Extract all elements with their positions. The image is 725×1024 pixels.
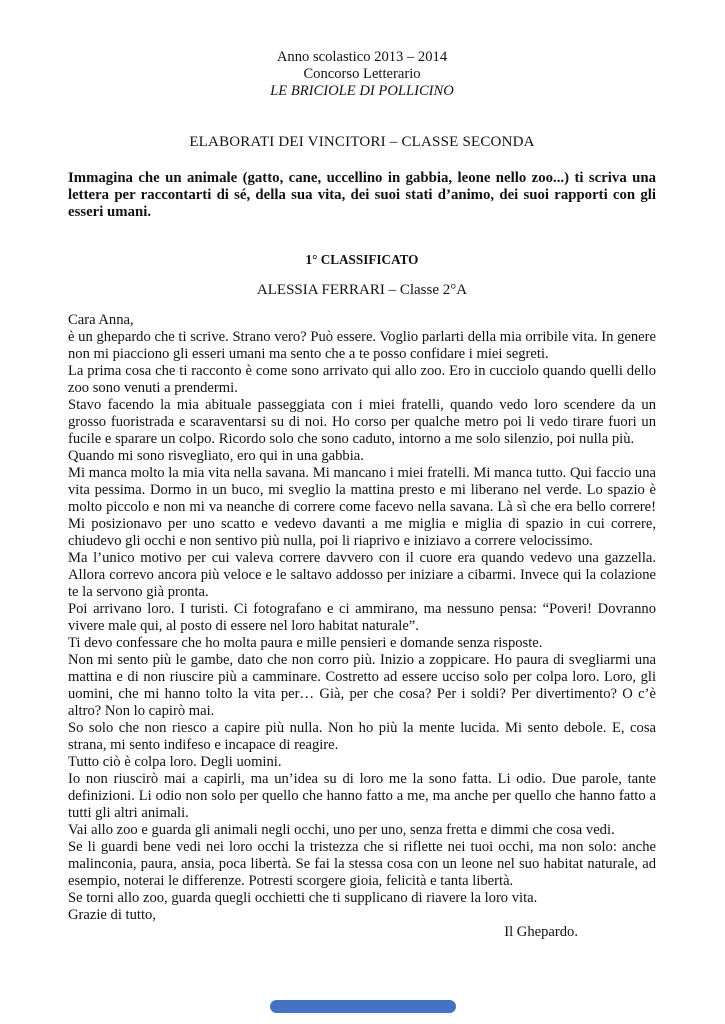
contest-title: LE BRICIOLE DI POLLICINO bbox=[68, 83, 656, 100]
document-content: Anno scolastico 2013 – 2014 Concorso Let… bbox=[68, 49, 656, 941]
letter-closing: Grazie di tutto, bbox=[68, 907, 656, 924]
doc-header: Anno scolastico 2013 – 2014 Concorso Let… bbox=[68, 49, 656, 100]
letter-paragraph: La prima cosa che ti racconto è come son… bbox=[68, 363, 656, 397]
letter-body: Cara Anna, è un ghepardo che ti scrive. … bbox=[68, 312, 656, 941]
letter-paragraph: Se li guardi bene vedi nei loro occhi la… bbox=[68, 839, 656, 890]
award-rank: 1° CLASSIFICATO bbox=[68, 251, 656, 268]
letter-paragraph: Vai allo zoo e guarda gli animali negli … bbox=[68, 822, 656, 839]
scroll-indicator[interactable] bbox=[270, 1000, 456, 1013]
letter-paragraph: Io non riuscirò mai a capirli, ma un’ide… bbox=[68, 771, 656, 822]
contest-name: Concorso Letterario bbox=[68, 66, 656, 83]
letter-paragraph: Se torni allo zoo, guarda quegli occhiet… bbox=[68, 890, 656, 907]
section-title: ELABORATI DEI VINCITORI – CLASSE SECONDA bbox=[68, 134, 656, 151]
school-year: Anno scolastico 2013 – 2014 bbox=[68, 49, 656, 66]
letter-paragraph: Tutto ciò è colpa loro. Degli uomini. bbox=[68, 754, 656, 771]
letter-signature: Il Ghepardo. bbox=[68, 924, 656, 941]
letter-salutation: Cara Anna, bbox=[68, 312, 656, 329]
letter-paragraph: Stavo facendo la mia abituale passeggiat… bbox=[68, 397, 656, 448]
letter-paragraph: Mi manca molto la mia vita nella savana.… bbox=[68, 465, 656, 550]
letter-paragraph: So solo che non riesco a capire più null… bbox=[68, 720, 656, 754]
letter-paragraph: Ti devo confessare che ho molta paura e … bbox=[68, 635, 656, 652]
letter-paragraph: Ma l’unico motivo per cui valeva correre… bbox=[68, 550, 656, 601]
letter-paragraph: è un ghepardo che ti scrive. Strano vero… bbox=[68, 329, 656, 363]
assignment-prompt: Immagina che un animale (gatto, cane, uc… bbox=[68, 170, 656, 221]
letter-paragraph: Poi arrivano loro. I turisti. Ci fotogra… bbox=[68, 601, 656, 635]
award-winner: ALESSIA FERRARI – Classe 2°A bbox=[68, 282, 656, 299]
letter-paragraph: Non mi sento più le gambe, dato che non … bbox=[68, 652, 656, 720]
letter-paragraph: Quando mi sono risvegliato, ero qui in u… bbox=[68, 448, 656, 465]
document-page: Anno scolastico 2013 – 2014 Concorso Let… bbox=[0, 0, 725, 1024]
